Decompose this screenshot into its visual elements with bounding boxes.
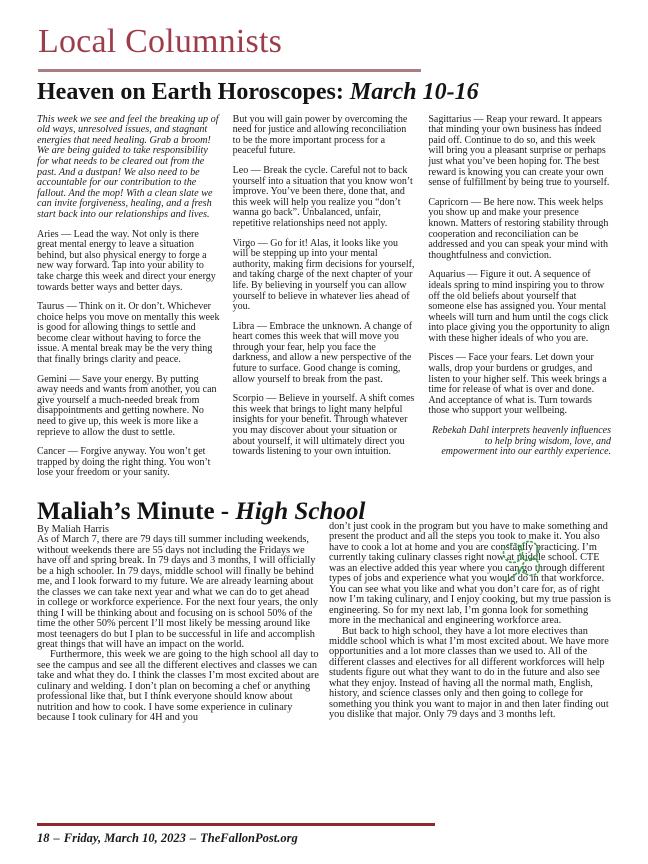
footer-rule [37, 823, 435, 826]
horoscopes-article: Heaven on Earth Horoscopes: March 10-16 … [37, 80, 611, 488]
footer-separator: – [50, 831, 64, 845]
horoscopes-intro: This week we see and feel the breaking u… [37, 115, 220, 221]
horoscope-capricorn: Capricorn — Be here now. This week helps… [428, 198, 611, 262]
maliah-column-1: Maliah’s Minute - High School By Maliah … [37, 498, 319, 724]
horoscope-sagittarius: Sagittarius — Reap your reward. It appea… [428, 115, 611, 189]
horoscopes-headline-text: Heaven on Earth Horoscopes: [37, 79, 350, 105]
horoscope-gemini: Gemini — Save your energy. By putting aw… [37, 375, 220, 439]
maliah-paragraph: But back to high school, they have a lot… [329, 627, 611, 721]
horoscopes-headline: Heaven on Earth Horoscopes: March 10-16 [37, 80, 611, 106]
maliah-paragraph: don’t just cook in the program but you h… [329, 522, 611, 627]
footer-separator: – [186, 831, 200, 845]
masthead-rule [38, 69, 421, 72]
section-masthead: Local Columnists [38, 24, 611, 60]
newspaper-page: Local Columnists Heaven on Earth Horosco… [0, 0, 648, 864]
horoscope-cancer-continued: But you will gain power by overcoming th… [233, 115, 416, 157]
page-number: 18 [37, 831, 50, 845]
footer-site: TheFallonPost.org [200, 831, 298, 845]
horoscopes-column-2: But you will gain power by overcoming th… [233, 115, 416, 488]
columnist-bio: Rebekah Dahl interprets heavenly influen… [428, 426, 611, 458]
maliah-headline-text: Maliah’s Minute - [37, 498, 235, 525]
horoscope-cancer: Cancer — Forgive anyway. You won’t get t… [37, 447, 220, 479]
horoscope-aquarius: Aquarius — Figure it out. A sequence of … [428, 270, 611, 344]
horoscopes-headline-date: March 10-16 [350, 79, 479, 105]
page-footer: 18–Friday, March 10, 2023–TheFallonPost.… [37, 823, 611, 846]
horoscope-aries: Aries — Lead the way. Not only is there … [37, 230, 220, 294]
horoscopes-column-3: Sagittarius — Reap your reward. It appea… [428, 115, 611, 488]
horoscope-taurus: Taurus — Think on it. Or don’t. Whicheve… [37, 302, 220, 366]
footer-text: 18–Friday, March 10, 2023–TheFallonPost.… [37, 831, 611, 846]
horoscope-pisces: Pisces — Face your fears. Let down your … [428, 353, 611, 417]
maliah-paragraph: Furthermore, this week we are going to t… [37, 650, 319, 723]
horoscope-scorpio: Scorpio — Believe in yourself. A shift c… [233, 394, 416, 458]
maliah-article: Maliah’s Minute - High School By Maliah … [37, 498, 611, 724]
horoscope-virgo: Virgo — Go for it! Alas, it looks like y… [233, 239, 416, 313]
horoscopes-column-1: This week we see and feel the breaking u… [37, 115, 220, 488]
horoscope-leo: Leo — Break the cycle. Careful not to ba… [233, 166, 416, 230]
horoscopes-columns: This week we see and feel the breaking u… [37, 115, 611, 488]
maliah-paragraph: As of March 7, there are 79 days till su… [37, 535, 319, 650]
maliah-column-2: don’t just cook in the program but you h… [329, 498, 611, 724]
horoscope-libra: Libra — Embrace the unknown. A change of… [233, 322, 416, 386]
maliah-columns: Maliah’s Minute - High School By Maliah … [37, 498, 611, 724]
maliah-headline: Maliah’s Minute - High School [37, 498, 319, 525]
shamrock-icon [499, 539, 543, 585]
footer-date: Friday, March 10, 2023 [64, 831, 186, 845]
